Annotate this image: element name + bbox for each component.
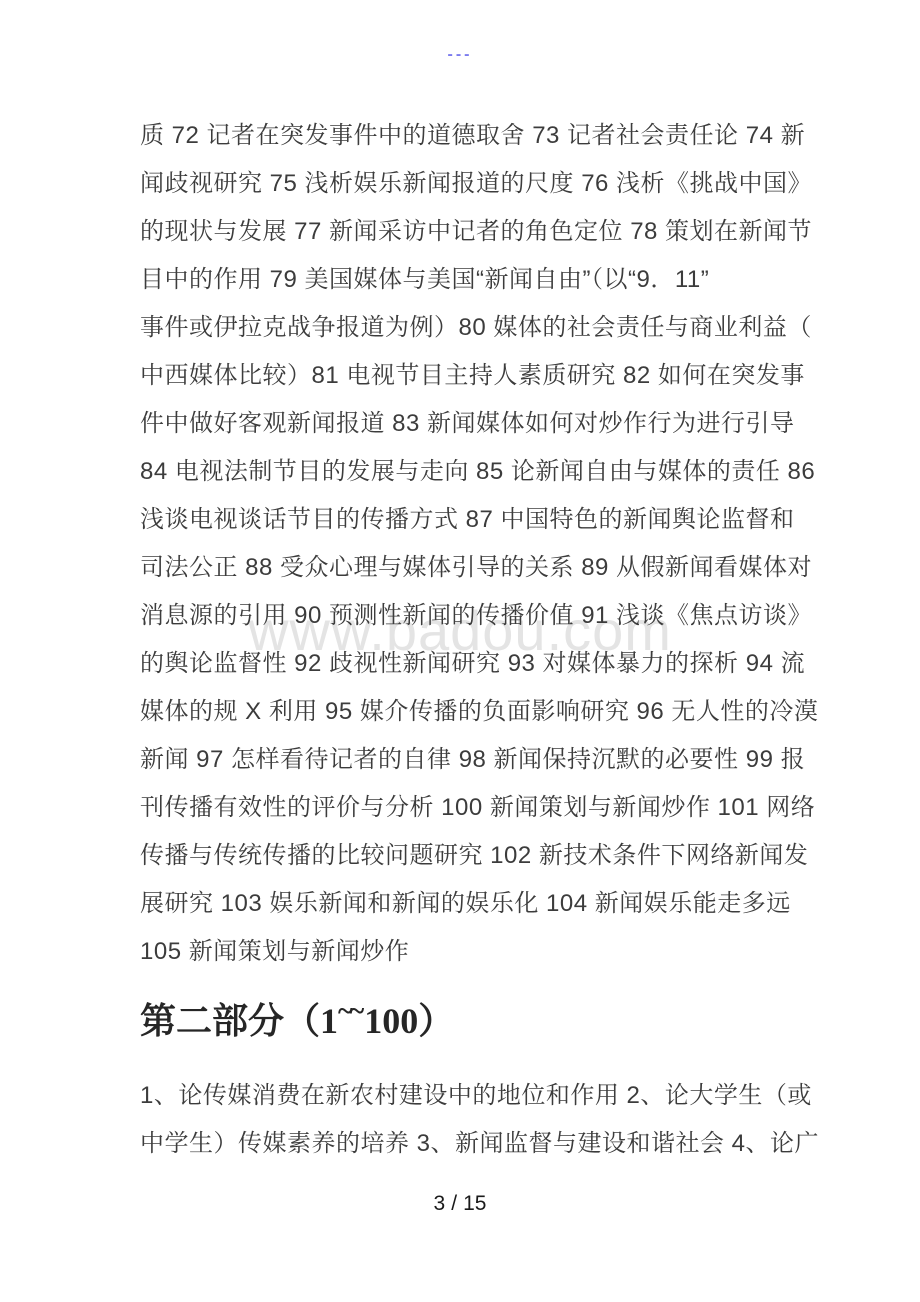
text-line: 传播与传统传播的比较问题研究 102 新技术条件下网络新闻发 — [140, 832, 784, 880]
page-number-divider: / — [451, 1192, 457, 1215]
total-page-count: 15 — [463, 1192, 486, 1215]
text-line: 中西媒体比较）81 电视节目主持人素质研究 82 如何在突发事 — [140, 352, 784, 400]
text-line: 件中做好客观新闻报道 83 新闻媒体如何对炒作行为进行引导 — [140, 400, 784, 448]
text-line: 目中的作用 79 美国媒体与美国“新闻自由”（以“9．11” — [140, 256, 784, 304]
text-line: 的现状与发展 77 新闻采访中记者的角色定位 78 策划在新闻节 — [140, 208, 784, 256]
topic-list-part2: 1、论传媒消费在新农村建设中的地位和作用 2、论大学生（或 中学生）传媒素养的培… — [140, 1072, 784, 1168]
heading-text-suffix: 100） — [364, 1001, 454, 1041]
text-line: 中学生）传媒素养的培养 3、新闻监督与建设和谐社会 4、论广 — [140, 1120, 784, 1168]
text-line: 消息源的引用 90 预测性新闻的传播价值 91 浅谈《焦点访谈》 — [140, 592, 784, 640]
text-line: 105 新闻策划与新闻炒作 — [140, 928, 784, 976]
text-line: 新闻 97 怎样看待记者的自律 98 新闻保持沉默的必要性 99 报 — [140, 736, 784, 784]
page-break-separator: --- — [0, 46, 920, 64]
text-line: 刊传播有效性的评价与分析 100 新闻策划与新闻炒作 101 网络 — [140, 784, 784, 832]
text-line: 展研究 103 娱乐新闻和新闻的娱乐化 104 新闻娱乐能走多远 — [140, 880, 784, 928]
document-page: --- www.badou.com 质 72 记者在突发事件中的道德取舍 73 … — [0, 0, 920, 1302]
text-line: 司法公正 88 受众心理与媒体引导的关系 89 从假新闻看媒体对 — [140, 544, 784, 592]
text-line: 质 72 记者在突发事件中的道德取舍 73 记者社会责任论 74 新 — [140, 112, 784, 160]
text-line: 闻歧视研究 75 浅析娱乐新闻报道的尺度 76 浅析《挑战中国》 — [140, 160, 784, 208]
heading-text-prefix: 第二部分（1 — [140, 1001, 338, 1041]
text-line: 浅谈电视谈话节目的传播方式 87 中国特色的新闻舆论监督和 — [140, 496, 784, 544]
text-line: 1、论传媒消费在新农村建设中的地位和作用 2、论大学生（或 — [140, 1072, 784, 1120]
text-line: 媒体的规 X 利用 95 媒介传播的负面影响研究 96 无人性的冷漠 — [140, 688, 784, 736]
heading-tilde-marks: ~~ — [338, 984, 361, 1040]
text-line: 84 电视法制节目的发展与走向 85 论新闻自由与媒体的责任 86 — [140, 448, 784, 496]
text-line: 的舆论监督性 92 歧视性新闻研究 93 对媒体暴力的探析 94 流 — [140, 640, 784, 688]
document-body: 质 72 记者在突发事件中的道德取舍 73 记者社会责任论 74 新 闻歧视研究… — [140, 112, 784, 1168]
section-heading-part2: 第二部分（1~~100） — [140, 993, 784, 1049]
page-number-indicator: 3/15 — [0, 1192, 920, 1216]
current-page-number: 3 — [434, 1192, 446, 1215]
topic-list-part1: 质 72 记者在突发事件中的道德取舍 73 记者社会责任论 74 新 闻歧视研究… — [140, 112, 784, 976]
text-line: 事件或伊拉克战争报道为例）80 媒体的社会责任与商业利益（ — [140, 304, 784, 352]
